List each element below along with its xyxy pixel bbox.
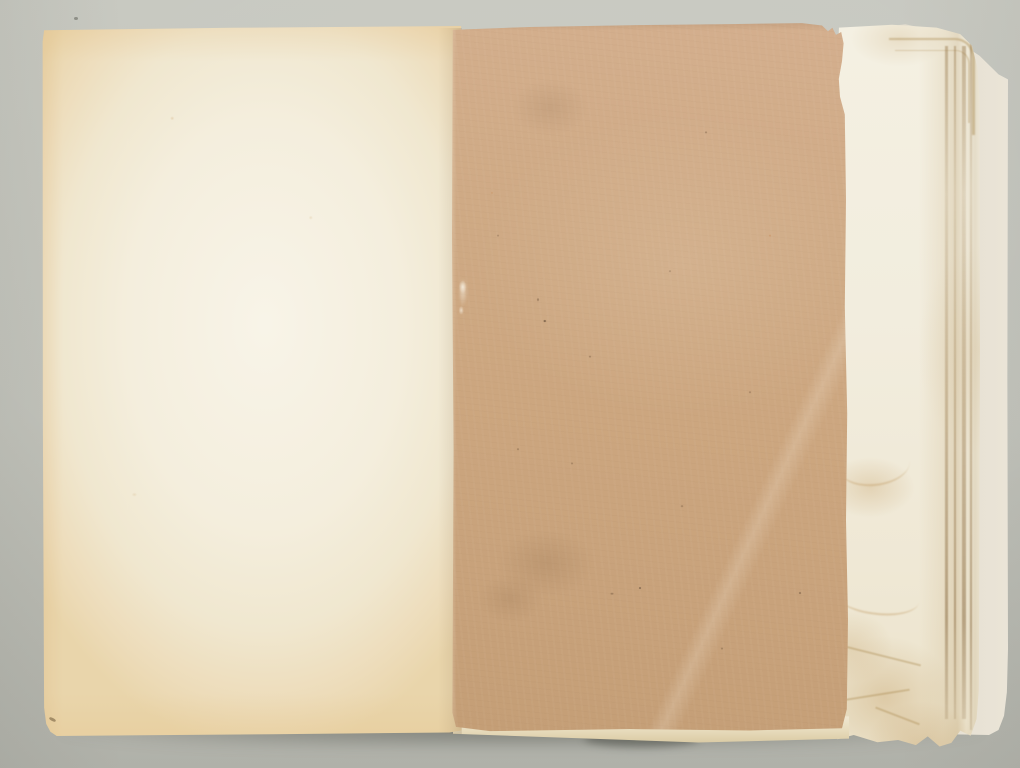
fore-edge-crease — [962, 46, 966, 719]
crumple-crease — [842, 688, 910, 701]
dust-speck — [74, 17, 78, 20]
crumple-crease — [837, 644, 921, 667]
corner-blemish — [48, 716, 56, 722]
fore-edge-crease — [945, 46, 948, 719]
edge-scuff-mark — [457, 273, 469, 311]
page-stack-fore-edge — [833, 24, 981, 748]
fore-edge-crease — [970, 35, 972, 730]
left-flyleaf-page — [42, 26, 462, 736]
kraft-paper-sheet — [450, 22, 850, 734]
crumple-crease — [876, 707, 921, 726]
water-stain-tide-line — [838, 442, 911, 488]
corner-fold-crease-inner — [895, 50, 970, 123]
fore-edge-crease — [954, 46, 956, 719]
photograph — [0, 0, 1020, 768]
